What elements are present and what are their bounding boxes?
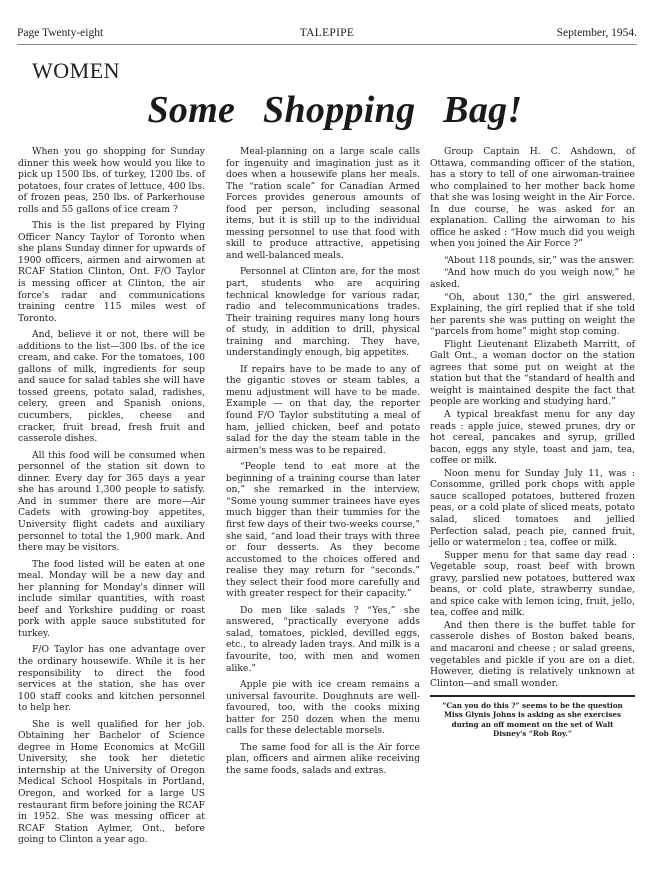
paragraph: Personnel at Clinton are, for the most p… (226, 266, 420, 358)
paragraph: “People tend to eat more at the beginnin… (226, 461, 420, 600)
article-headline: Some Shopping Bag! (0, 88, 650, 132)
paragraph: “And how much do you weigh now,” he aske… (430, 267, 635, 290)
paragraph: F/O Taylor has one advantage over the or… (18, 644, 205, 713)
caption-divider (430, 695, 635, 697)
paragraph: The food listed will be eaten at one mea… (18, 559, 205, 640)
section-label: WOMEN (32, 58, 120, 84)
paragraph: When you go shopping for Sunday dinner t… (18, 146, 205, 215)
issue-date: September, 1954. (557, 27, 637, 39)
paragraph: And then there is the buffet table for c… (430, 620, 635, 689)
page-header: Page Twenty-eight TALEPIPE September, 19… (17, 27, 637, 45)
photo-caption: “Can you do this ?” seems to be the ques… (430, 701, 635, 738)
paragraph: Group Captain H. C. Ashdown, of Ottawa, … (430, 146, 635, 250)
paragraph: If repairs have to be made to any of the… (226, 364, 420, 456)
paragraph: And, believe it or not, there will be ad… (18, 329, 205, 444)
paragraph: A typical breakfast menu for any day rea… (430, 409, 635, 467)
paragraph: All this food will be consumed when pers… (18, 450, 205, 554)
paragraph: She is well qualified for her job. Obtai… (18, 719, 205, 846)
article-column-1: When you go shopping for Sunday dinner t… (18, 146, 205, 851)
paragraph: Meal-planning on a large scale calls for… (226, 146, 420, 261)
article-column-2: Meal-planning on a large scale calls for… (226, 146, 420, 781)
publication-name: TALEPIPE (17, 27, 637, 39)
paragraph: This is the list prepared by Flying Offi… (18, 220, 205, 324)
article-column-3: Group Captain H. C. Ashdown, of Ottawa, … (430, 146, 635, 738)
paragraph: Apple pie with ice cream remains a unive… (226, 679, 420, 737)
paragraph: The same food for all is the Air force p… (226, 742, 420, 777)
paragraph: Do men like salads ? “Yes,” she answered… (226, 605, 420, 674)
paragraph: “About 118 pounds, sir,” was the answer. (430, 255, 635, 267)
paragraph: Noon menu for Sunday July 11, was : Cons… (430, 468, 635, 549)
paragraph: “Oh, about 130,” the girl answered. Expl… (430, 292, 635, 338)
paragraph: Flight Lieutenant Elizabeth Marritt, of … (430, 339, 635, 408)
paragraph: Supper menu for that same day read : Veg… (430, 550, 635, 619)
